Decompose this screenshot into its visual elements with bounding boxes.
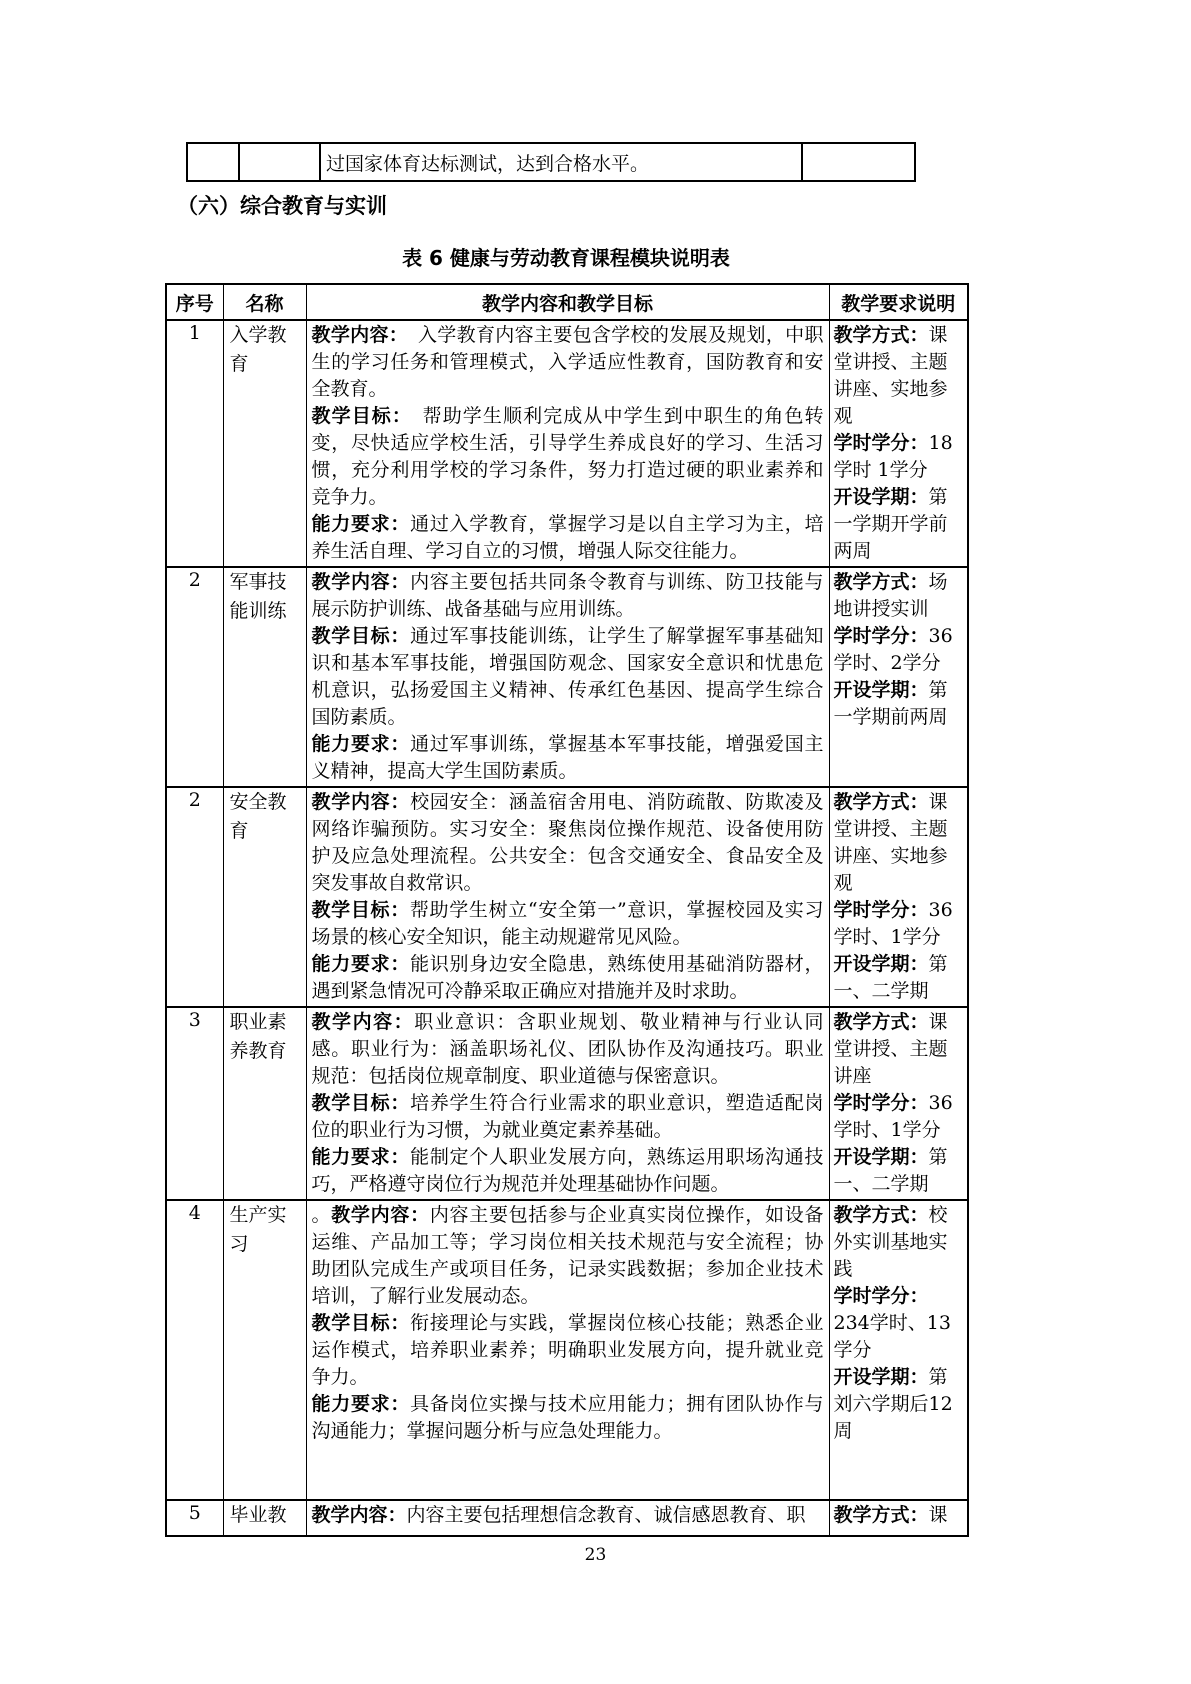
cell-paragraph: 学时学分：36学时、1学分 — [834, 897, 964, 951]
header-教学要求说明: 教学要求说明 — [829, 284, 968, 320]
table-row: 过国家体育达标测试，达到合格水平。 — [187, 143, 915, 181]
cell-paragraph: 学时学分：234学时、13学分 — [834, 1283, 964, 1364]
module-name-cell: 安全教育 — [223, 787, 306, 1007]
paragraph-label: 教学目标： — [312, 405, 403, 427]
paragraph-label: 学时学分： — [834, 625, 929, 647]
paragraph-label: 教学方式： — [834, 1011, 929, 1033]
paragraph-label: 教学内容： — [312, 571, 411, 593]
cell-paragraph: 教学方式：课 — [834, 1502, 964, 1529]
header-序号: 序号 — [166, 284, 223, 320]
empty-cell — [802, 143, 915, 181]
paragraph-label: 开设学期： — [834, 953, 929, 975]
paragraph-label: 开设学期： — [834, 1366, 929, 1388]
paragraph-label: 教学目标： — [312, 1092, 411, 1114]
cell-paragraph: 教学方式：课堂讲授、主题讲座 — [834, 1009, 964, 1090]
cell-paragraph: 能力要求：能识别身边安全隐患，熟练使用基础消防器材，遇到紧急情况可冷静采取正确应… — [312, 951, 824, 1005]
paragraph-label: 教学内容： — [331, 1204, 430, 1226]
cell-paragraph: 教学目标：通过军事技能训练，让学生了解掌握军事基础知识和基本军事技能，增强国防观… — [312, 623, 824, 731]
requirements-cell: 教学方式：课堂讲授、主题讲座学时学分：36学时、1学分开设学期：第一、二学期 — [829, 1007, 968, 1200]
table-row: 2军事技能训练教学内容：内容主要包括共同条令教育与训练、防卫技能与展示防护训练、… — [166, 567, 968, 787]
cell-paragraph: 教学内容： 入学教育内容主要包含学校的发展及规划，中职生的学习任务和管理模式，入… — [312, 322, 824, 403]
paragraph-label: 能力要求： — [312, 733, 411, 755]
paragraph-label: 学时学分： — [834, 1092, 929, 1114]
header-教学内容和教学目标: 教学内容和教学目标 — [306, 284, 829, 320]
cell-paragraph: 教学方式：课堂讲授、主题讲座、实地参观 — [834, 789, 964, 897]
requirements-cell: 教学方式：场地讲授实训学时学分：36学时、2学分开设学期：第一学期前两周 — [829, 567, 968, 787]
cell-paragraph: 教学目标：帮助学生树立“安全第一”意识，掌握校园及实习场景的核心安全知识，能主动… — [312, 897, 824, 951]
cell-paragraph: 开设学期：第一学期开学前两周 — [834, 484, 964, 565]
paragraph-label: 开设学期： — [834, 486, 929, 508]
paragraph-label: 能力要求： — [312, 513, 411, 535]
table-row: 1入学教育教学内容： 入学教育内容主要包含学校的发展及规划，中职生的学习任务和管… — [166, 320, 968, 567]
cell-paragraph: 能力要求：通过军事训练，掌握基本军事技能，增强爱国主义精神，提高大学生国防素质。 — [312, 731, 824, 785]
row-number-cell: 1 — [166, 320, 223, 567]
cell-paragraph: 学时学分：18学时 1学分 — [834, 430, 964, 484]
course-module-table: 序号 名称 教学内容和教学目标 教学要求说明 1入学教育教学内容： 入学教育内容… — [165, 283, 969, 1537]
section-heading: （六）综合教育与实训 — [177, 190, 387, 220]
module-name-cell: 军事技能训练 — [223, 567, 306, 787]
paragraph-label: 教学方式： — [834, 571, 929, 593]
document-page: 过国家体育达标测试，达到合格水平。 （六）综合教育与实训 表 6 健康与劳动教育… — [0, 0, 1191, 1684]
cell-paragraph: 开设学期：第刘六学期后12周 — [834, 1364, 964, 1445]
module-name-cell: 职业素养教育 — [223, 1007, 306, 1200]
row-number-cell: 2 — [166, 787, 223, 1007]
row-number-cell: 4 — [166, 1200, 223, 1500]
paragraph-label: 教学方式： — [834, 1204, 929, 1226]
table-title: 表 6 健康与劳动教育课程模块说明表 — [165, 242, 967, 271]
paragraph-label: 开设学期： — [834, 679, 929, 701]
requirements-cell: 教学方式：课 — [829, 1500, 968, 1536]
cell-paragraph: 教学内容：校园安全：涵盖宿舍用电、消防疏散、防欺凌及网络诈骗预防。实习安全：聚焦… — [312, 789, 824, 897]
content-and-objectives-cell: 教学内容：内容主要包括理想信念教育、诚信感恩教育、职 — [306, 1500, 829, 1536]
cell-paragraph: 。教学内容：内容主要包括参与企业真实岗位操作，如设备运维、产品加工等；学习岗位相… — [312, 1202, 824, 1310]
requirements-cell: 教学方式：校外实训基地实践学时学分：234学时、13学分开设学期：第刘六学期后1… — [829, 1200, 968, 1500]
table-row: 2安全教育教学内容：校园安全：涵盖宿舍用电、消防疏散、防欺凌及网络诈骗预防。实习… — [166, 787, 968, 1007]
paragraph-label: 学时学分： — [834, 432, 929, 454]
paragraph-label: 教学目标： — [312, 899, 410, 921]
row-number-cell: 3 — [166, 1007, 223, 1200]
cell-paragraph: 能力要求：通过入学教育，掌握学习是以自主学习为主，培养生活自理、学习自立的习惯，… — [312, 511, 824, 565]
requirements-cell: 教学方式：课堂讲授、主题讲座、实地参观学时学分：18学时 1学分开设学期：第一学… — [829, 320, 968, 567]
content-and-objectives-cell: 教学内容： 入学教育内容主要包含学校的发展及规划，中职生的学习任务和管理模式，入… — [306, 320, 829, 567]
paragraph-label: 教学内容： — [312, 324, 399, 346]
cell-paragraph: 教学目标：培养学生符合行业需求的职业意识，塑造适配岗位的职业行为习惯，为就业奠定… — [312, 1090, 824, 1144]
paragraph-label: 教学内容： — [312, 1504, 407, 1526]
module-name-cell: 入学教育 — [223, 320, 306, 567]
module-name-cell: 毕业教 — [223, 1500, 306, 1536]
content-and-objectives-cell: 。教学内容：内容主要包括参与企业真实岗位操作，如设备运维、产品加工等；学习岗位相… — [306, 1200, 829, 1500]
table-row: 3职业素养教育教学内容：职业意识：含职业规划、敬业精神与行业认同感。职业行为：涵… — [166, 1007, 968, 1200]
cell-paragraph: 开设学期：第一、二学期 — [834, 951, 964, 1005]
empty-cell — [187, 143, 239, 181]
paragraph-label: 开设学期： — [834, 1146, 929, 1168]
content-and-objectives-cell: 教学内容：职业意识：含职业规划、敬业精神与行业认同感。职业行为：涵盖职场礼仪、团… — [306, 1007, 829, 1200]
cell-paragraph: 能力要求：具备岗位实操与技术应用能力；拥有团队协作与沟通能力；掌握问题分析与应急… — [312, 1391, 824, 1445]
paragraph-label: 学时学分： — [834, 899, 929, 921]
table-row: 4生产实习。教学内容：内容主要包括参与企业真实岗位操作，如设备运维、产品加工等；… — [166, 1200, 968, 1500]
row-number-cell: 5 — [166, 1500, 223, 1536]
cell-paragraph: 教学目标： 帮助学生顺利完成从中学生到中职生的角色转变，尽快适应学校生活，引导学… — [312, 403, 824, 511]
paragraph-label: 教学方式： — [834, 791, 929, 813]
paragraph-label: 能力要求： — [312, 953, 411, 975]
previous-page-table-fragment: 过国家体育达标测试，达到合格水平。 — [186, 142, 916, 182]
table-row: 5毕业教教学内容：内容主要包括理想信念教育、诚信感恩教育、职教学方式：课 — [166, 1500, 968, 1536]
paragraph-label: 教学内容： — [312, 791, 411, 813]
cell-paragraph: 教学方式：场地讲授实训 — [834, 569, 964, 623]
cell-paragraph: 教学内容：内容主要包括理想信念教育、诚信感恩教育、职 — [312, 1502, 824, 1529]
paragraph-label: 教学方式： — [834, 324, 929, 346]
empty-cell — [239, 143, 320, 181]
paragraph-label: 能力要求： — [312, 1393, 411, 1415]
cell-paragraph: 开设学期：第一学期前两周 — [834, 677, 964, 731]
requirements-cell: 教学方式：课堂讲授、主题讲座、实地参观学时学分：36学时、1学分开设学期：第一、… — [829, 787, 968, 1007]
cell-paragraph: 教学内容：内容主要包括共同条令教育与训练、防卫技能与展示防护训练、战备基础与应用… — [312, 569, 824, 623]
row-number-cell: 2 — [166, 567, 223, 787]
paragraph-label: 学时学分： — [834, 1285, 929, 1307]
paragraph-label: 教学目标： — [312, 625, 411, 647]
cell-paragraph: 开设学期：第一、二学期 — [834, 1144, 964, 1198]
cell-paragraph: 教学方式：课堂讲授、主题讲座、实地参观 — [834, 322, 964, 430]
cell-paragraph: 学时学分：36学时、1学分 — [834, 1090, 964, 1144]
content-and-objectives-cell: 教学内容：校园安全：涵盖宿舍用电、消防疏散、防欺凌及网络诈骗预防。实习安全：聚焦… — [306, 787, 829, 1007]
paragraph-label: 教学方式： — [834, 1504, 929, 1526]
cell-paragraph: 教学方式：校外实训基地实践 — [834, 1202, 964, 1283]
module-name-cell: 生产实习 — [223, 1200, 306, 1500]
table-header-row: 序号 名称 教学内容和教学目标 教学要求说明 — [166, 284, 968, 320]
cell-paragraph: 教学内容：职业意识：含职业规划、敬业精神与行业认同感。职业行为：涵盖职场礼仪、团… — [312, 1009, 824, 1090]
cell-paragraph: 能力要求：能制定个人职业发展方向，熟练运用职场沟通技巧，严格遵守岗位行为规范并处… — [312, 1144, 824, 1198]
paragraph-label: 教学目标： — [312, 1312, 411, 1334]
carryover-text-cell: 过国家体育达标测试，达到合格水平。 — [320, 143, 802, 181]
page-number: 23 — [0, 1545, 1191, 1565]
paragraph-label: 能力要求： — [312, 1146, 411, 1168]
paragraph-label: 教学内容： — [312, 1011, 415, 1033]
header-名称: 名称 — [223, 284, 306, 320]
cell-paragraph: 学时学分：36学时、2学分 — [834, 623, 964, 677]
cell-paragraph: 教学目标：衔接理论与实践，掌握岗位核心技能；熟悉企业运作模式，培养职业素养；明确… — [312, 1310, 824, 1391]
content-and-objectives-cell: 教学内容：内容主要包括共同条令教育与训练、防卫技能与展示防护训练、战备基础与应用… — [306, 567, 829, 787]
